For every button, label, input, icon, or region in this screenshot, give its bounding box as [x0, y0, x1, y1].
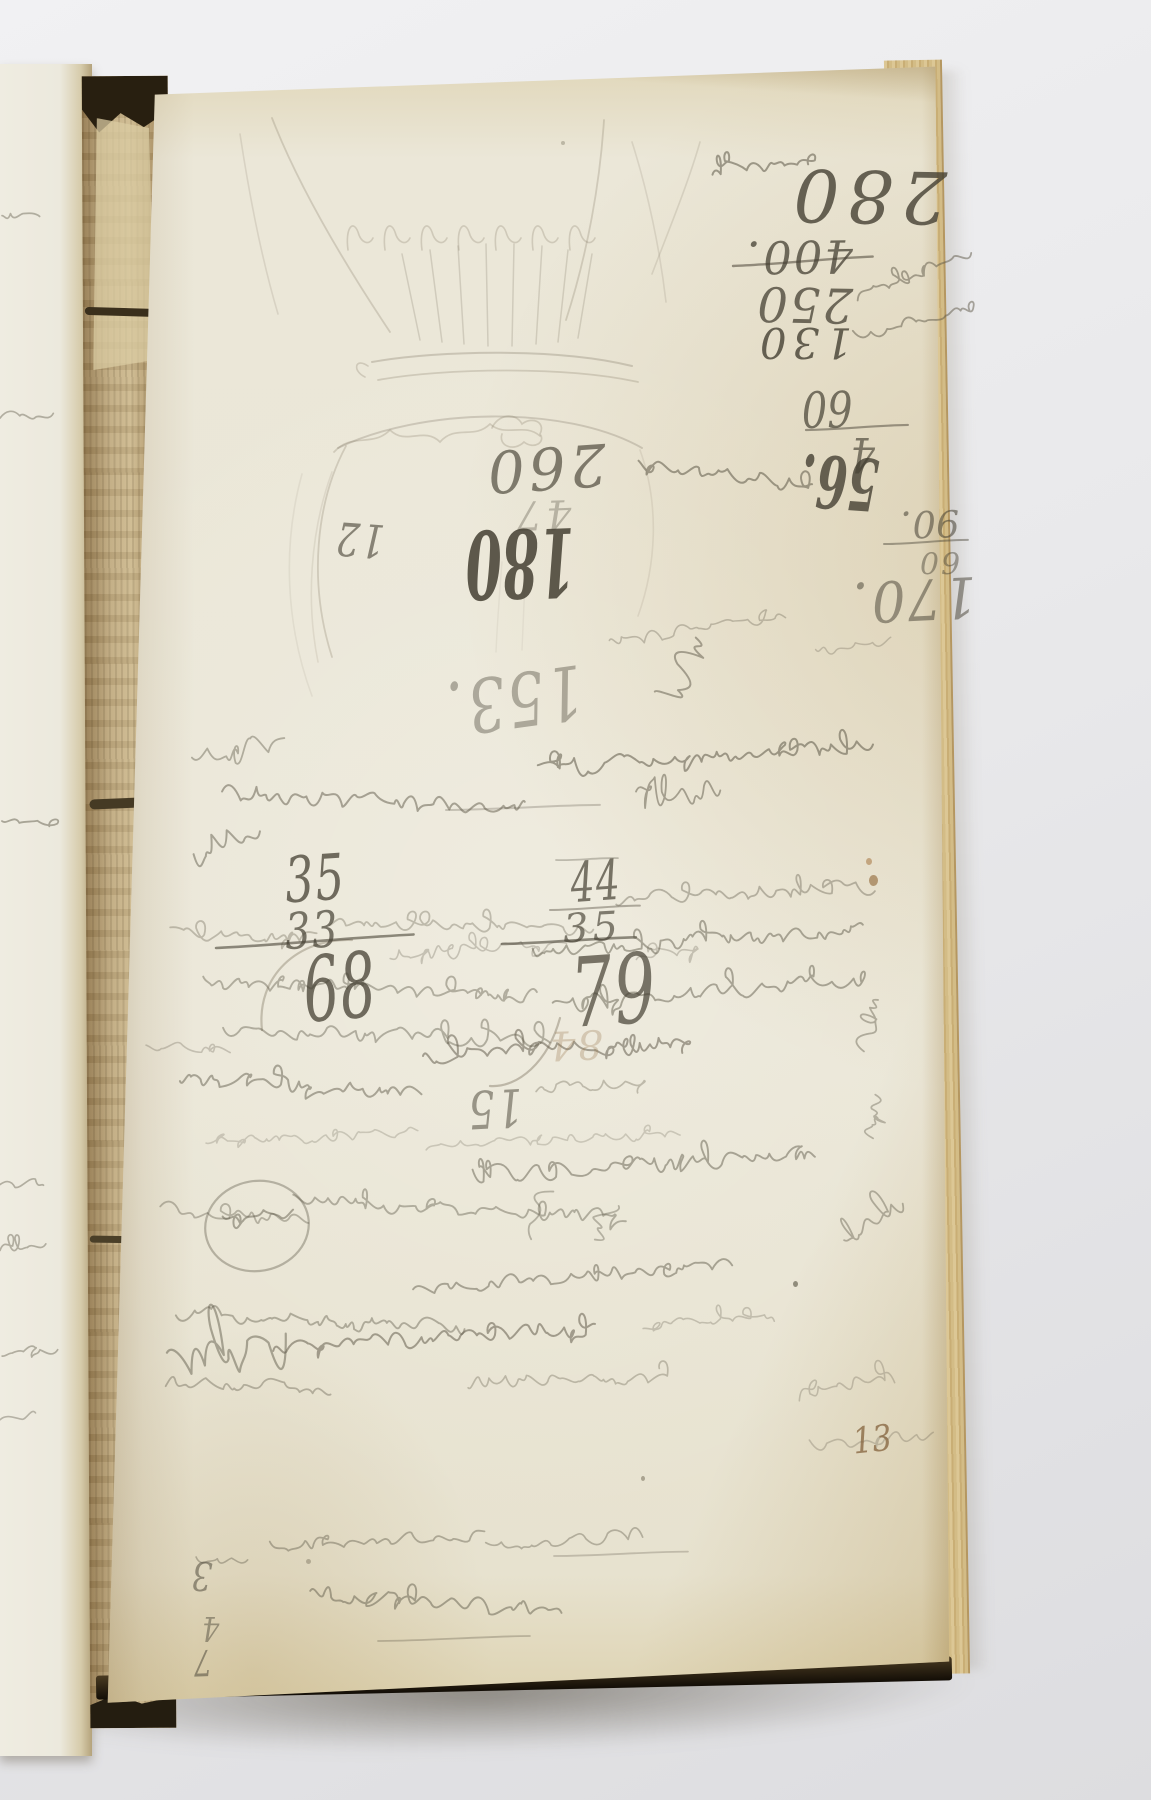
- notebook-page: [100, 60, 956, 1706]
- photo-backdrop: 13 280400.25013060456.260471801290.60170…: [0, 0, 1151, 1800]
- facing-page-edge: [0, 64, 92, 1756]
- spine-paper-flap: [92, 118, 155, 370]
